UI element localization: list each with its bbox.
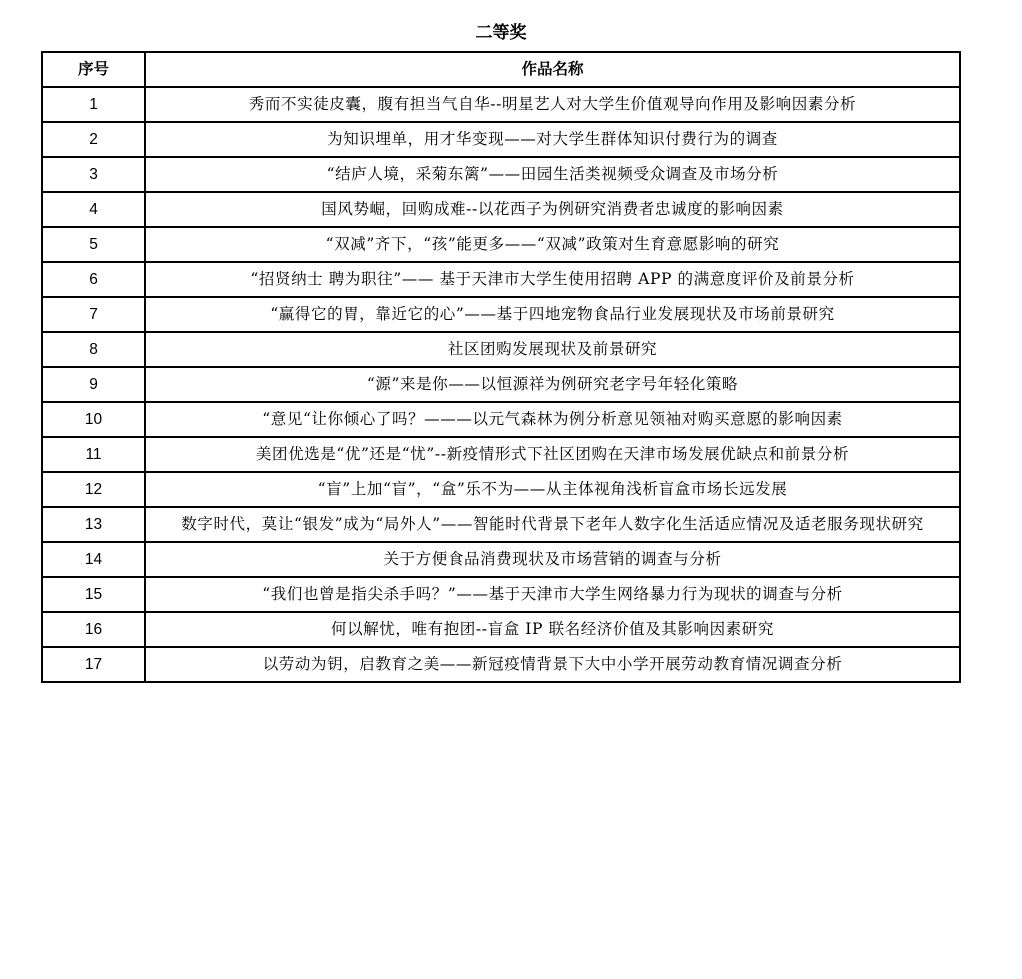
- table-row: 6“招贤纳士 聘为职往”—— 基于天津市大学生使用招聘 APP 的满意度评价及前…: [42, 262, 960, 297]
- row-num: 1: [42, 87, 145, 122]
- row-num: 12: [42, 472, 145, 507]
- row-num: 10: [42, 402, 145, 437]
- row-num: 4: [42, 192, 145, 227]
- table-row: 9“源”来是你——以恒源祥为例研究老字号年轻化策略: [42, 367, 960, 402]
- row-num: 15: [42, 577, 145, 612]
- row-name: “招贤纳士 聘为职往”—— 基于天津市大学生使用招聘 APP 的满意度评价及前景…: [145, 262, 960, 297]
- table-row: 13数字时代，莫让“银发”成为“局外人”——智能时代背景下老年人数字化生活适应情…: [42, 507, 960, 542]
- header-num: 序号: [42, 52, 145, 87]
- row-name: “双减”齐下，“孩”能更多——“双减”政策对生育意愿影响的研究: [145, 227, 960, 262]
- row-num: 7: [42, 297, 145, 332]
- table-row: 14关于方便食品消费现状及市场营销的调查与分析: [42, 542, 960, 577]
- table-row: 16何以解忧，唯有抱团--盲盒 IP 联名经济价值及其影响因素研究: [42, 612, 960, 647]
- table-row: 11美团优选是“优”还是“忧”--新疫情形式下社区团购在天津市场发展优缺点和前景…: [42, 437, 960, 472]
- row-num: 14: [42, 542, 145, 577]
- row-name: 为知识埋单，用才华变现——对大学生群体知识付费行为的调查: [145, 122, 960, 157]
- row-num: 2: [42, 122, 145, 157]
- table-row: 5“双减”齐下，“孩”能更多——“双减”政策对生育意愿影响的研究: [42, 227, 960, 262]
- row-name: “赢得它的胃，靠近它的心”——基于四地宠物食品行业发展现状及市场前景研究: [145, 297, 960, 332]
- table-row: 3“结庐人境，采菊东篱”——田园生活类视频受众调查及市场分析: [42, 157, 960, 192]
- award-table: 序号 作品名称 1秀而不实徒皮囊，腹有担当气自华--明星艺人对大学生价值观导向作…: [41, 51, 961, 683]
- row-name: 美团优选是“优”还是“忧”--新疫情形式下社区团购在天津市场发展优缺点和前景分析: [145, 437, 960, 472]
- row-name: “源”来是你——以恒源祥为例研究老字号年轻化策略: [145, 367, 960, 402]
- row-num: 17: [42, 647, 145, 682]
- row-name: 秀而不实徒皮囊，腹有担当气自华--明星艺人对大学生价值观导向作用及影响因素分析: [145, 87, 960, 122]
- row-name: “结庐人境，采菊东篱”——田园生活类视频受众调查及市场分析: [145, 157, 960, 192]
- table-row: 12“盲”上加“盲”，“盒”乐不为——从主体视角浅析盲盒市场长远发展: [42, 472, 960, 507]
- table-row: 17以劳动为钥，启教育之美——新冠疫情背景下大中小学开展劳动教育情况调查分析: [42, 647, 960, 682]
- table-row: 1秀而不实徒皮囊，腹有担当气自华--明星艺人对大学生价值观导向作用及影响因素分析: [42, 87, 960, 122]
- row-num: 6: [42, 262, 145, 297]
- table-row: 8社区团购发展现状及前景研究: [42, 332, 960, 367]
- row-name: “盲”上加“盲”，“盒”乐不为——从主体视角浅析盲盒市场长远发展: [145, 472, 960, 507]
- table-row: 2为知识埋单，用才华变现——对大学生群体知识付费行为的调查: [42, 122, 960, 157]
- row-name: 以劳动为钥，启教育之美——新冠疫情背景下大中小学开展劳动教育情况调查分析: [145, 647, 960, 682]
- header-name: 作品名称: [145, 52, 960, 87]
- table-header-row: 序号 作品名称: [42, 52, 960, 87]
- row-num: 9: [42, 367, 145, 402]
- row-name: 国风势崛，回购成难--以花西子为例研究消费者忠诚度的影响因素: [145, 192, 960, 227]
- row-name: 社区团购发展现状及前景研究: [145, 332, 960, 367]
- row-name: 数字时代，莫让“银发”成为“局外人”——智能时代背景下老年人数字化生活适应情况及…: [145, 507, 960, 542]
- award-title: 二等奖: [0, 20, 1002, 46]
- row-num: 13: [42, 507, 145, 542]
- row-num: 8: [42, 332, 145, 367]
- table-row: 15“我们也曾是指尖杀手吗？”——基于天津市大学生网络暴力行为现状的调查与分析: [42, 577, 960, 612]
- row-num: 11: [42, 437, 145, 472]
- table-row: 7“赢得它的胃，靠近它的心”——基于四地宠物食品行业发展现状及市场前景研究: [42, 297, 960, 332]
- table-row: 4国风势崛，回购成难--以花西子为例研究消费者忠诚度的影响因素: [42, 192, 960, 227]
- row-name: “我们也曾是指尖杀手吗？”——基于天津市大学生网络暴力行为现状的调查与分析: [145, 577, 960, 612]
- row-name: “意见“让你倾心了吗？———以元气森林为例分析意见领袖对购买意愿的影响因素: [145, 402, 960, 437]
- row-num: 5: [42, 227, 145, 262]
- table-row: 10“意见“让你倾心了吗？———以元气森林为例分析意见领袖对购买意愿的影响因素: [42, 402, 960, 437]
- row-name: 何以解忧，唯有抱团--盲盒 IP 联名经济价值及其影响因素研究: [145, 612, 960, 647]
- row-num: 16: [42, 612, 145, 647]
- row-num: 3: [42, 157, 145, 192]
- row-name: 关于方便食品消费现状及市场营销的调查与分析: [145, 542, 960, 577]
